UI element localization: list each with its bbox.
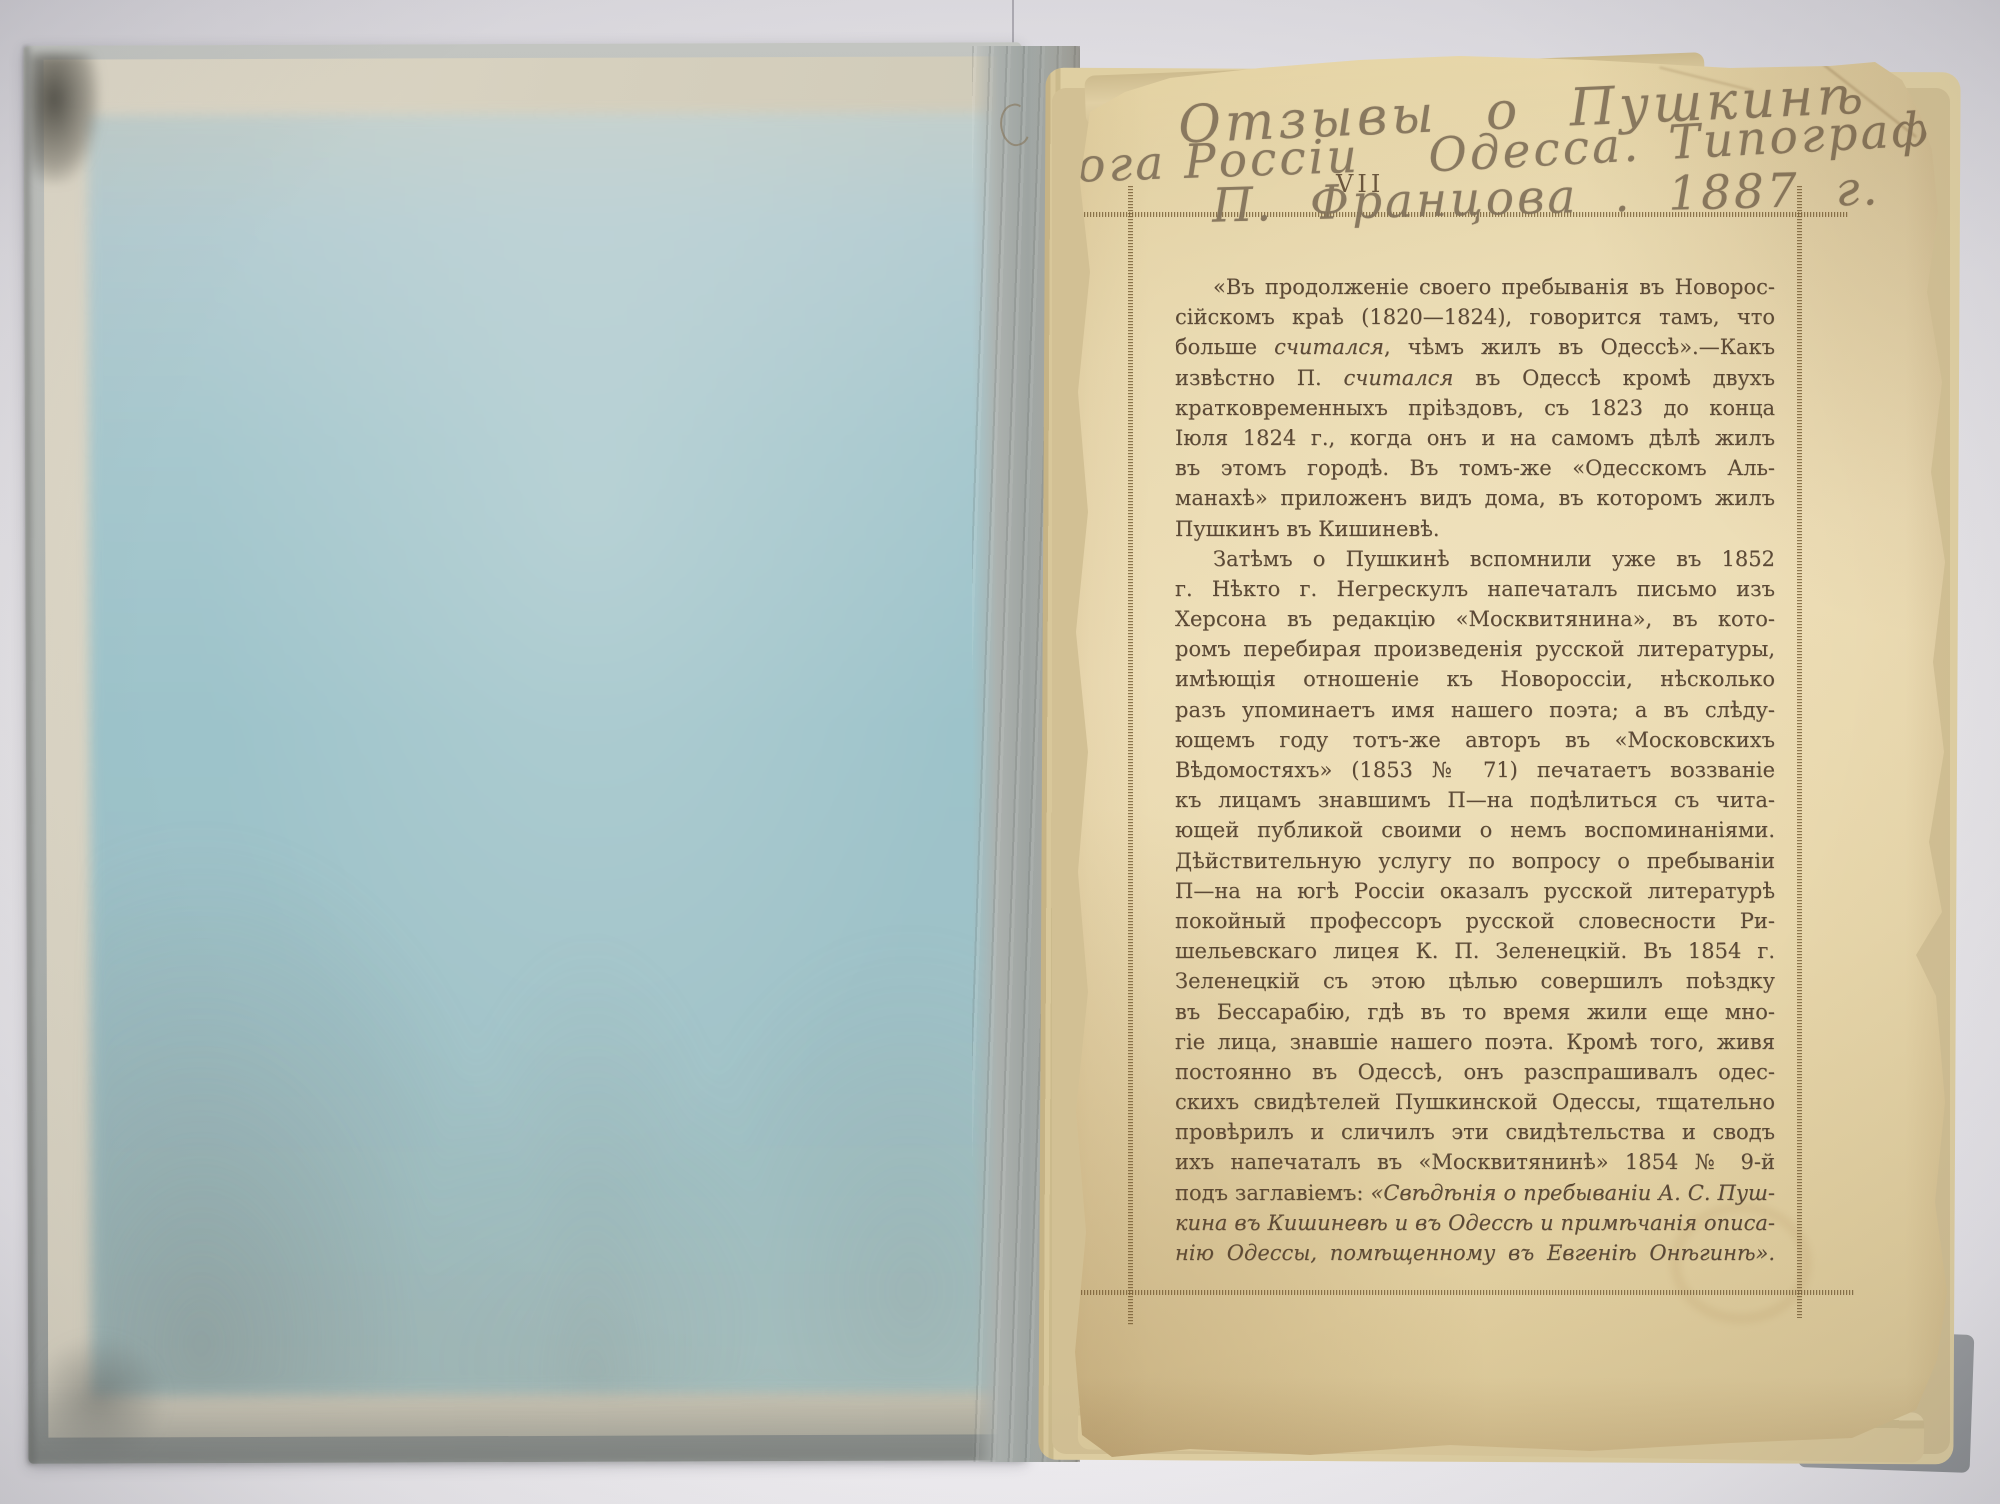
text-line: въ этомъ городѣ. Въ томъ-же «Одесскомъ А… <box>1175 453 1775 483</box>
text-line: Зеленецкій съ этою цѣлью совершилъ поѣзд… <box>1175 966 1775 996</box>
text-line: больше считался, чѣмъ жилъ въ Одессѣ».—К… <box>1175 332 1775 362</box>
cover-bottom-shading <box>28 1382 1026 1463</box>
text-line: гіе лица, знавшіе нашего поэта. Кромѣ то… <box>1175 1027 1775 1057</box>
text-line: къ лицамъ знавшимъ П—на подѣлиться съ чи… <box>1175 785 1775 815</box>
text-line: ихъ напечаталъ въ «Москвитянинѣ» 1854 № … <box>1175 1147 1775 1177</box>
text-line: въ Бессарабію, гдѣ въ то время жили еще … <box>1175 997 1775 1027</box>
text-line: сійскомъ краѣ (1820—1824), говорится там… <box>1175 302 1775 332</box>
text-line: Іюля 1824 г., когда онъ и на самомъ дѣлѣ… <box>1175 423 1775 453</box>
text-line: «Въ продолженіе своего пребыванія въ Нов… <box>1175 272 1775 302</box>
text-line: шельевскаго лицея К. П. Зеленецкій. Въ 1… <box>1175 936 1775 966</box>
text-line: нію Одессы, помѣщенному въ Евгеніѣ Онѣги… <box>1175 1238 1775 1268</box>
text-line: ромъ перебирая произведенія русской лите… <box>1175 634 1775 664</box>
corner-stain-mark <box>30 53 100 183</box>
text-line: Дѣйствительную услугу по вопросу о пребы… <box>1175 846 1775 876</box>
text-line: Затѣмъ о Пушкинѣ вспомнили уже въ 1852 <box>1175 544 1775 574</box>
frame-rule-left <box>1128 186 1133 1326</box>
text-line: П—на на югѣ Россіи оказалъ русской литер… <box>1175 876 1775 906</box>
text-line: подъ заглавіемъ: «Свѣдѣнія о пребываніи … <box>1175 1178 1775 1208</box>
text-line: ющемъ году тотъ-же авторъ въ «Московских… <box>1175 725 1775 755</box>
book-photo: VII Отзывы о Пушкинѣ съ юга Россіи Одесс… <box>0 0 2000 1504</box>
frame-rule-bottom <box>1078 1290 1854 1295</box>
text-block: «Въ продолженіе своего пребыванія въ Нов… <box>1175 272 1775 1268</box>
text-line: Херсона въ редакцію «Москвитянина», въ к… <box>1175 604 1775 634</box>
text-line: манахѣ» приложенъ видъ дома, въ которомъ… <box>1175 483 1775 513</box>
cover-paper-lining <box>44 56 1027 1437</box>
text-line: провѣрилъ и сличилъ эти свидѣтельства и … <box>1175 1117 1775 1147</box>
text-line: разъ упоминаетъ имя нашего поэта; а въ с… <box>1175 695 1775 725</box>
text-line: Пушкинъ въ Кишиневѣ. <box>1175 514 1775 544</box>
text-line: Вѣдомостяхъ» (1853 № 71) печатаетъ воззв… <box>1175 755 1775 785</box>
text-line: г. Нѣкто г. Негрескулъ напечаталъ письмо… <box>1175 574 1775 604</box>
endpaper-bottom-mottling <box>88 112 1002 1395</box>
text-line: постоянно въ Одессѣ, онъ разспрашивалъ о… <box>1175 1057 1775 1087</box>
front-cover-inside <box>24 42 1027 1463</box>
text-line: скихъ свидѣтелей Пушкинской Одессы, тщат… <box>1175 1087 1775 1117</box>
text-line: кратковременныхъ пріѣздовъ, съ 1823 до к… <box>1175 393 1775 423</box>
text-line: извѣстно П. считался въ Одессѣ кромѣ дву… <box>1175 363 1775 393</box>
text-line: покойный профессоръ русской словесности … <box>1175 906 1775 936</box>
text-line: кина въ Кишиневѣ и въ Одессѣ и примѣчані… <box>1175 1208 1775 1238</box>
text-line: имѣющія отношеніе къ Новороссіи, нѣсколь… <box>1175 664 1775 694</box>
text-line: ющей публикой своими о немъ воспоминанія… <box>1175 815 1775 845</box>
book-page: VII Отзывы о Пушкинѣ съ юга Россіи Одесс… <box>1030 52 1965 1467</box>
frame-rule-right <box>1797 186 1802 1318</box>
